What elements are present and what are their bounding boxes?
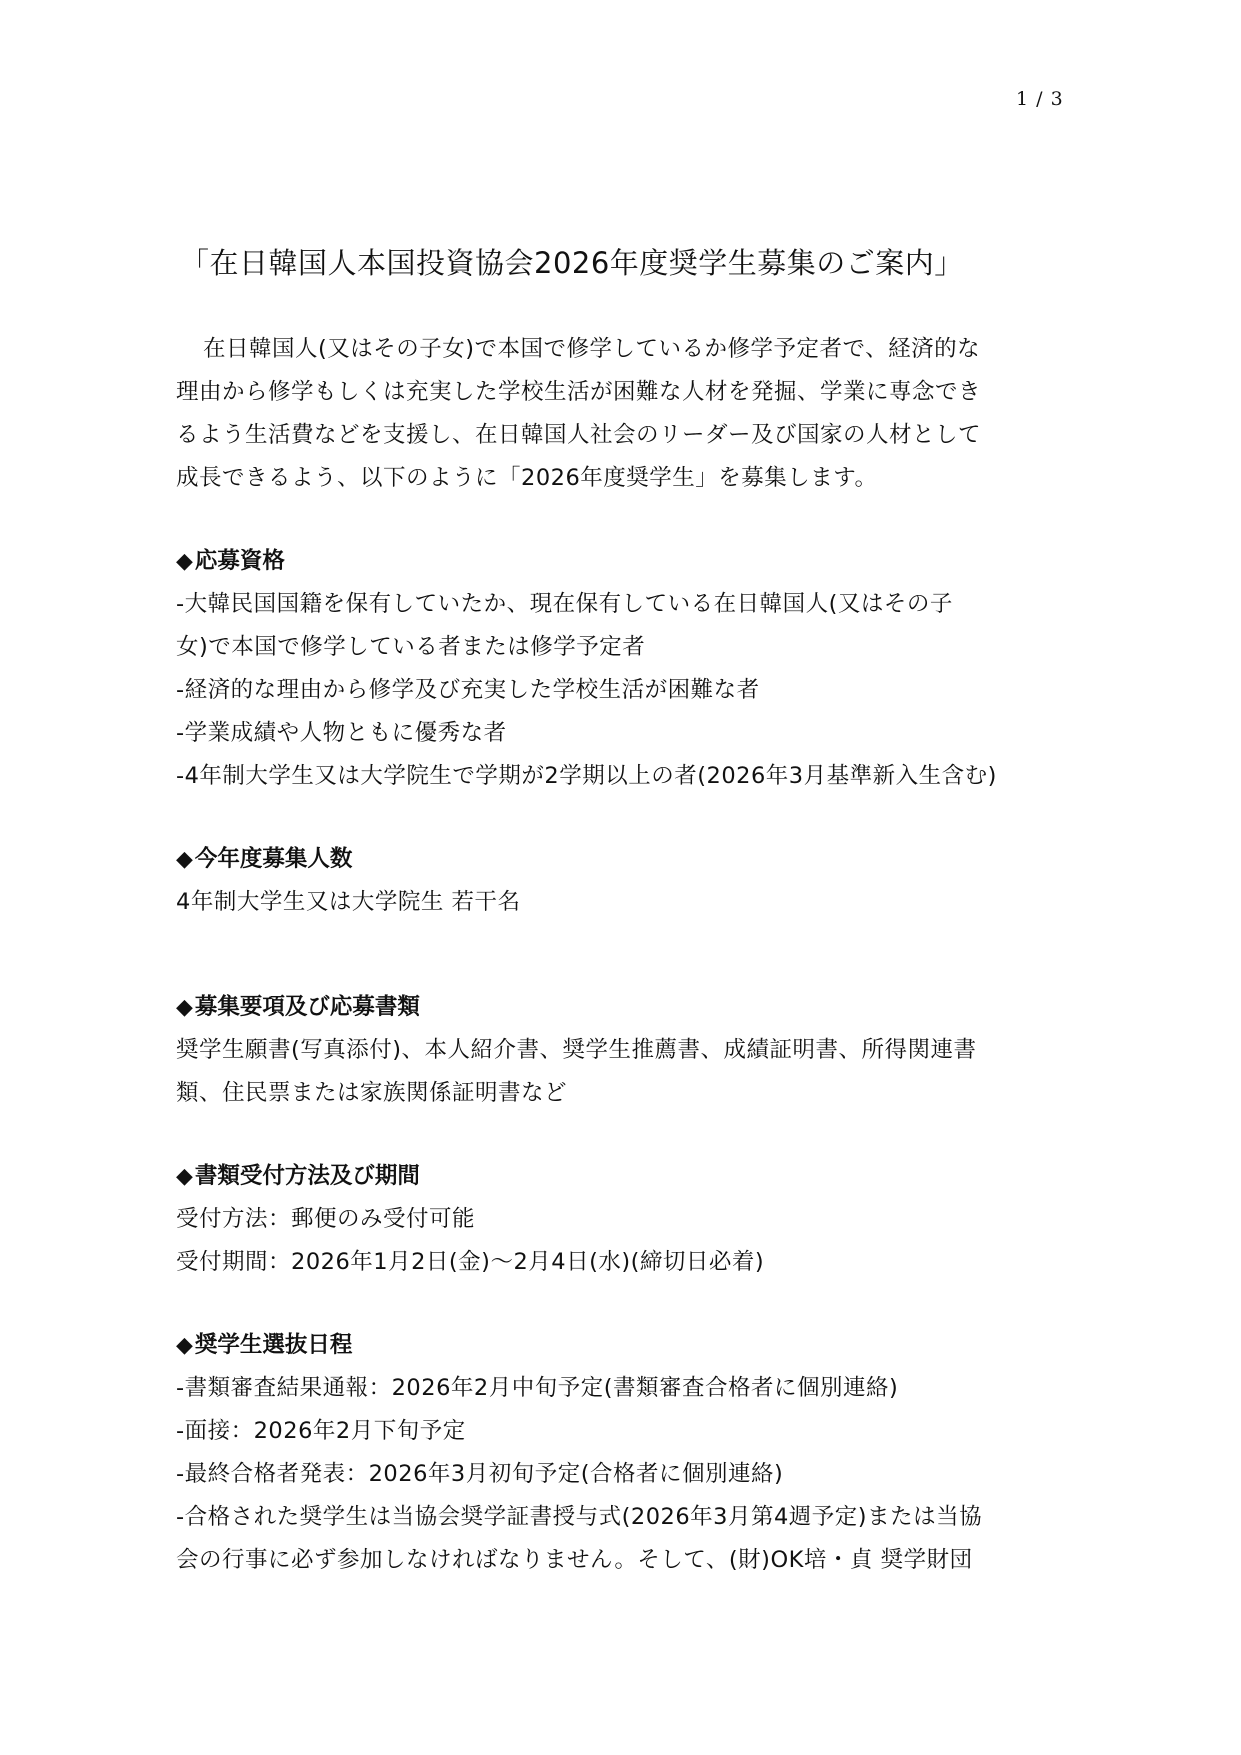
section-heading: ◆書類受付方法及び期間 [176, 1155, 1066, 1198]
section-heading-text: 募集要項及び応募書類 [195, 994, 420, 1020]
intro-line: 理由から修学もしくは充実した学校生活が困難な人材を発掘、学業に専念でき [176, 371, 1066, 414]
intro-paragraph: 在日韓国人(又はその子女)で本国で修学しているか修学予定者で、経済的な 理由から… [176, 328, 1066, 500]
section-line: -経済的な理由から修学及び充実した学校生活が困難な者 [176, 669, 1066, 712]
section-recruit-count: ◆今年度募集人数 4年制大学生又は大学院生 若干名 [176, 838, 1066, 924]
page-number: 1 / 3 [1016, 88, 1064, 110]
section-line: 会の行事に必ず参加しなければなりません。そして、(財)OK培・貞 奨学財団 [176, 1539, 1066, 1582]
section-required-documents: ◆募集要項及び応募書類 奨学生願書(写真添付)、本人紹介書、奨学生推薦書、成績証… [176, 986, 1066, 1115]
diamond-bullet-icon: ◆ [176, 838, 193, 881]
section-heading-text: 応募資格 [195, 548, 285, 574]
section-heading-text: 奨学生選抜日程 [195, 1332, 353, 1358]
section-line: 女)で本国で修学している者または修学予定者 [176, 626, 1066, 669]
section-heading: ◆募集要項及び応募書類 [176, 986, 1066, 1029]
diamond-bullet-icon: ◆ [176, 1155, 193, 1198]
section-line: -4年制大学生又は大学院生で学期が2学期以上の者(2026年3月基準新入生含む) [176, 755, 1066, 798]
diamond-bullet-icon: ◆ [176, 540, 193, 583]
section-heading-text: 今年度募集人数 [195, 846, 353, 872]
section-eligibility: ◆応募資格 -大韓民国国籍を保有していたか、現在保有している在日韓国人(又はその… [176, 540, 1066, 798]
section-submission: ◆書類受付方法及び期間 受付方法：郵便のみ受付可能 受付期間：2026年1月2日… [176, 1155, 1066, 1284]
section-line: -大韓民国国籍を保有していたか、現在保有している在日韓国人(又はその子 [176, 583, 1066, 626]
section-line: -書類審査結果通報：2026年2月中旬予定(書類審査合格者に個別連絡) [176, 1367, 1066, 1410]
section-line: -合格された奨学生は当協会奨学証書授与式(2026年3月第4週予定)または当協 [176, 1496, 1066, 1539]
section-line: 奨学生願書(写真添付)、本人紹介書、奨学生推薦書、成績証明書、所得関連書 [176, 1029, 1066, 1072]
section-heading: ◆奨学生選抜日程 [176, 1324, 1066, 1367]
section-line: -学業成績や人物ともに優秀な者 [176, 712, 1066, 755]
diamond-bullet-icon: ◆ [176, 1324, 193, 1367]
document-body: 在日韓国人(又はその子女)で本国で修学しているか修学予定者で、経済的な 理由から… [176, 328, 1066, 1582]
section-line: -面接：2026年2月下旬予定 [176, 1410, 1066, 1453]
section-selection-schedule: ◆奨学生選抜日程 -書類審査結果通報：2026年2月中旬予定(書類審査合格者に個… [176, 1324, 1066, 1582]
section-line: 受付方法：郵便のみ受付可能 [176, 1198, 1066, 1241]
section-heading: ◆今年度募集人数 [176, 838, 1066, 881]
section-heading: ◆応募資格 [176, 540, 1066, 583]
intro-line: 在日韓国人(又はその子女)で本国で修学しているか修学予定者で、経済的な [176, 328, 1066, 371]
section-line: 類、住民票または家族関係証明書など [176, 1072, 1066, 1115]
document-title: 「在日韓国人本国投資協会2026年度奨学生募集のご案内」 [180, 241, 1080, 282]
section-line: -最終合格者発表：2026年3月初旬予定(合格者に個別連絡) [176, 1453, 1066, 1496]
intro-line: るよう生活費などを支援し、在日韓国人社会のリーダー及び国家の人材として [176, 414, 1066, 457]
intro-line: 成長できるよう、以下のように「2026年度奨学生」を募集します。 [176, 457, 1066, 500]
section-heading-text: 書類受付方法及び期間 [195, 1163, 420, 1189]
section-line: 4年制大学生又は大学院生 若干名 [176, 881, 1066, 924]
diamond-bullet-icon: ◆ [176, 986, 193, 1029]
section-line: 受付期間：2026年1月2日(金)～2月4日(水)(締切日必着) [176, 1241, 1066, 1284]
